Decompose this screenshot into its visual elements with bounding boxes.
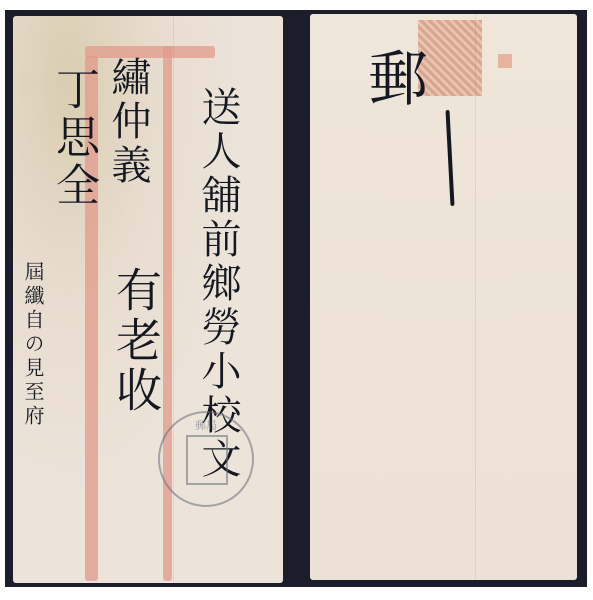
sender-middle-column: 繡仲義 [108,56,148,188]
postmark-emblem [186,435,228,485]
fold-line [173,16,174,583]
seal-character: 郵 [368,32,428,118]
postmark-text: 郵局 [160,417,252,433]
fold-line [475,14,476,580]
envelope-front: 送人舖前鄉勞小校文 繡仲義 丁思全 有老收 屆纖自の見至府 郵局 [13,16,283,583]
red-seal-mark [498,54,512,68]
postmark: 郵局 [158,411,254,507]
red-border-line-right [163,46,172,581]
recipient-column: 有老收 [113,266,159,416]
sender-left-column: 丁思全 [51,66,95,210]
note-column: 屆纖自の見至府 [23,261,43,429]
ink-tail-stroke [445,110,454,206]
envelope-back: 郵 [310,14,577,580]
